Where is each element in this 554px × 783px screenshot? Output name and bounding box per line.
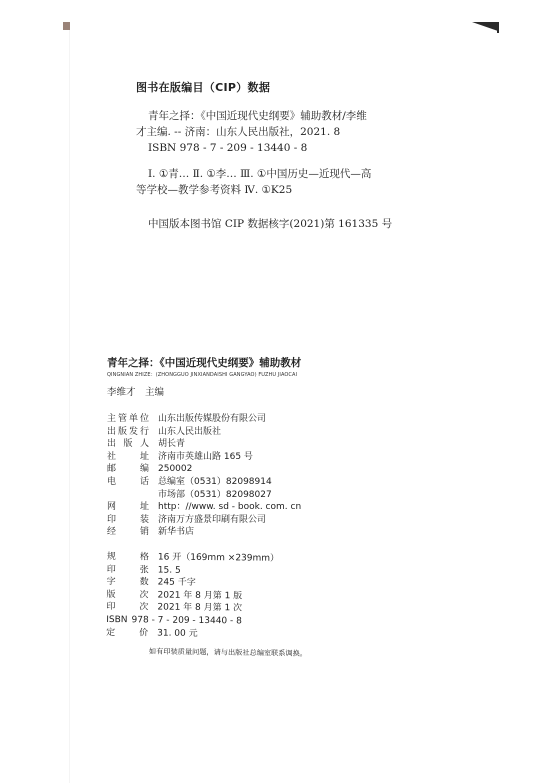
publication-info-value: 胡长青 xyxy=(158,438,185,451)
publication-info-label: 网址 xyxy=(107,501,158,514)
spec-info: 规格16 开（169mm ×239mm）印张15. 5字数245 千字版次202… xyxy=(106,551,307,641)
spec-info-label: 印次 xyxy=(106,601,157,614)
spec-info-label: 定价 xyxy=(106,626,157,639)
book-title-pinyin: QINGNIAN ZHIZE：(ZHONGGUO JINXIANDAISHI G… xyxy=(107,371,307,379)
publication-info-label: 社址 xyxy=(107,451,158,464)
spec-info-value: 2021 年 8 月第 1 版 xyxy=(157,589,242,602)
publication-info-value: 市场部（0531）82098027 xyxy=(158,489,272,502)
cip-entry-line-2: 才主编. -- 济南：山东人民出版社，2021. 8 xyxy=(136,124,366,140)
page-edge xyxy=(69,28,70,783)
publication-info-label xyxy=(107,489,158,502)
publication-info-label: 主管单位 xyxy=(107,413,158,426)
publication-info-row: 邮编250002 xyxy=(107,463,307,476)
publication-info-label: 经销 xyxy=(107,526,158,539)
publication-info-value: 总编室（0531）82098914 xyxy=(158,476,272,489)
corner-mark-icon xyxy=(63,22,70,30)
publication-info-label: 邮编 xyxy=(107,463,158,476)
publication-info-row: 市场部（0531）82098027 xyxy=(107,489,307,502)
spec-info-value: 978 - 7 - 209 - 13440 - 8 xyxy=(131,614,241,628)
spec-info-label: 版次 xyxy=(106,589,157,602)
cip-entry-line-1: 青年之择：《中国近现代史纲要》辅助教材/李维 xyxy=(136,108,366,124)
publication-info-row: 主管单位山东出版传媒股份有限公司 xyxy=(107,413,307,426)
spec-info-value: 15. 5 xyxy=(158,564,181,577)
spec-info-row: 定价31. 00 元 xyxy=(106,626,306,641)
cip-isbn: ISBN 978 - 7 - 209 - 13440 - 8 xyxy=(136,140,366,156)
publication-info-value: 济南万方盛景印刷有限公司 xyxy=(158,514,266,527)
cip-classification-line-2: 等学校—教学参考资料 Ⅳ. ①K25 xyxy=(136,182,366,198)
publication-info: 主管单位山东出版传媒股份有限公司出版发行山东人民出版社出版人胡长青社址济南市英雄… xyxy=(107,413,307,539)
spec-info-value: 2021 年 8 月第 1 次 xyxy=(157,602,242,615)
author: 李维才 主编 xyxy=(107,387,307,399)
quality-notice: 如有印装质量问题，请与出版社总编室联系调换。 xyxy=(107,645,307,659)
copyright-page: 图书在版编目（CIP）数据 青年之择：《中国近现代史纲要》辅助教材/李维 才主编… xyxy=(0,0,554,783)
publication-info-row: 出版发行山东人民出版社 xyxy=(107,426,307,439)
book-title: 青年之择：《中国近现代史纲要》辅助教材 xyxy=(107,356,307,370)
publication-info-row: 经销新华书店 xyxy=(107,526,307,539)
publication-info-label: 出版人 xyxy=(107,438,158,451)
publication-info-row: 出版人胡长青 xyxy=(107,438,307,451)
publication-info-row: 社址济南市英雄山路 165 号 xyxy=(107,451,307,464)
corner-fold-icon xyxy=(472,22,498,31)
publication-info-row: 印装济南万方盛景印刷有限公司 xyxy=(107,514,307,527)
publication-info-value: http：//www. sd - book. com. cn xyxy=(158,501,301,514)
cip-title: 图书在版编目（CIP）数据 xyxy=(136,80,366,96)
spec-info-label: 印张 xyxy=(107,564,158,577)
publication-info-row: 电话总编室（0531）82098914 xyxy=(107,476,307,489)
publication-info-value: 济南市英雄山路 165 号 xyxy=(158,451,253,464)
cip-data-block: 图书在版编目（CIP）数据 青年之择：《中国近现代史纲要》辅助教材/李维 才主编… xyxy=(136,80,366,232)
spec-info-value: 245 千字 xyxy=(158,577,196,590)
spec-info-label: 规格 xyxy=(107,551,158,564)
cip-classification-line-1: Ⅰ. ①青… Ⅱ. ①李… Ⅲ. ①中国历史—近现代—高 xyxy=(136,166,366,182)
imprint-block: 青年之择：《中国近现代史纲要》辅助教材 QINGNIAN ZHIZE：(ZHON… xyxy=(107,356,307,656)
publication-info-row: 网址http：//www. sd - book. com. cn xyxy=(107,501,307,514)
cip-verification-number: 中国版本图书馆 CIP 数据核字(2021)第 161335 号 xyxy=(136,216,366,232)
spec-info-label: 字数 xyxy=(107,576,158,589)
publication-info-label: 电话 xyxy=(107,476,158,489)
spec-info-value: 16 开（169mm ×239mm） xyxy=(158,551,279,565)
publication-info-value: 250002 xyxy=(158,463,192,476)
spec-info-label: ISBN xyxy=(106,614,131,627)
publication-info-label: 印装 xyxy=(107,514,158,527)
publication-info-value: 山东出版传媒股份有限公司 xyxy=(158,413,266,426)
publication-info-label: 出版发行 xyxy=(107,426,158,439)
publication-info-value: 山东人民出版社 xyxy=(158,426,221,439)
spec-info-value: 31. 00 元 xyxy=(157,627,198,640)
publication-info-value: 新华书店 xyxy=(158,526,194,539)
